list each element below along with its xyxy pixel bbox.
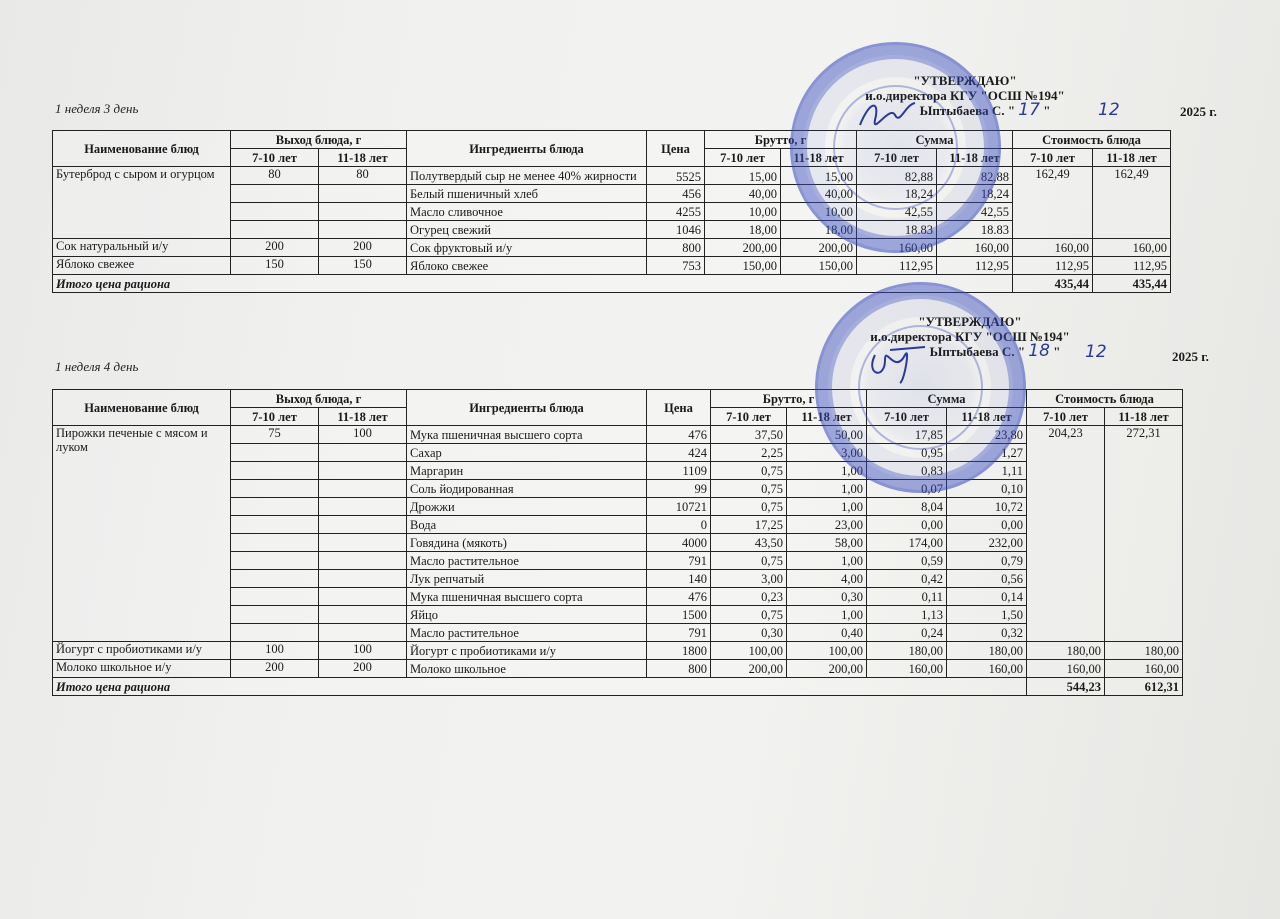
header-ingredients: Ингредиенты блюда [407,131,647,167]
header-dish-cost: Стоимость блюда [1013,131,1171,149]
ingredient-gross-b: 1,00 [787,498,867,516]
ingredient-gross-a: 17,25 [711,516,787,534]
ingredient-name: Полутвердый сыр не менее 40% жирности [407,167,647,185]
yield-7-10-empty [231,498,319,516]
approval-position: и.о.директора КГУ "ОСШ №194" [850,329,1090,344]
day-label: 1 неделя 3 день [55,101,138,117]
header-sum: Сумма [857,131,1013,149]
ingredient-sum-a: 174,00 [867,534,947,552]
yield-11-18-empty [319,444,407,462]
yield-7-10: 80 [231,167,319,185]
ingredient-sum-b: 18.83 [937,221,1013,239]
ingredient-name: Масло сливочное [407,203,647,221]
yield-7-10-empty [231,534,319,552]
header-yield: Выход блюда, г [231,390,407,408]
ingredient-sum-a: 82,88 [857,167,937,185]
menu-table: Наименование блюд Выход блюда, г Ингреди… [52,389,1183,696]
yield-7-10-empty [231,624,319,642]
ingredient-gross-a: 0,75 [711,552,787,570]
ingredient-sum-b: 0,14 [947,588,1027,606]
header-age-b: 11-18 лет [1105,408,1183,426]
ingredient-price: 140 [647,570,711,588]
ingredient-price: 476 [647,588,711,606]
dish-cost-11-18: 160,00 [1105,660,1183,678]
header-age-a: 7-10 лет [1013,149,1093,167]
header-age-a: 7-10 лет [231,408,319,426]
ingredient-sum-b: 0,56 [947,570,1027,588]
yield-7-10-empty [231,606,319,624]
ingredient-gross-a: 15,00 [705,167,781,185]
ingredient-price: 1800 [647,642,711,660]
approval-block: "УТВЕРЖДАЮ" и.о.директора КГУ "ОСШ №194"… [850,314,1090,359]
ingredient-price: 1109 [647,462,711,480]
yield-11-18-empty [319,498,407,516]
header-age-a: 7-10 лет [705,149,781,167]
ingredient-sum-a: 160,00 [857,239,937,257]
yield-11-18-empty [319,624,407,642]
total-row: Итого цена рациона544,23612,31 [53,678,1183,696]
approval-name: Ыптыбаева С. [920,103,1005,118]
yield-11-18: 150 [319,257,407,275]
ingredient-gross-b: 200,00 [787,660,867,678]
header-age-a: 7-10 лет [231,149,319,167]
ingredient-sum-a: 1,13 [867,606,947,624]
yield-7-10: 200 [231,239,319,257]
ingredient-price: 791 [647,624,711,642]
ingredient-gross-b: 1,00 [787,480,867,498]
ingredient-gross-b: 3,00 [787,444,867,462]
dish-cost-7-10: 160,00 [1027,660,1105,678]
yield-11-18-empty [319,480,407,498]
ingredient-name: Маргарин [407,462,647,480]
ingredient-sum-b: 18,24 [937,185,1013,203]
header-age-a: 7-10 лет [1027,408,1105,426]
ingredient-gross-a: 37,50 [711,426,787,444]
header-sum: Сумма [867,390,1027,408]
total-row: Итого цена рациона435,44435,44 [53,275,1171,293]
ingredient-sum-b: 23,80 [947,426,1027,444]
yield-7-10-empty [231,480,319,498]
ingredient-price: 476 [647,426,711,444]
ingredient-sum-a: 0,07 [867,480,947,498]
ingredient-gross-b: 23,00 [787,516,867,534]
ingredient-sum-b: 0,79 [947,552,1027,570]
ingredient-price: 753 [647,257,705,275]
ingredient-gross-a: 0,75 [711,480,787,498]
ingredient-gross-a: 100,00 [711,642,787,660]
ingredient-sum-b: 42,55 [937,203,1013,221]
ingredient-name: Мука пшеничная высшего сорта [407,426,647,444]
header-age-b: 11-18 лет [947,408,1027,426]
ingredient-gross-a: 0,30 [711,624,787,642]
dish-cost-7-10: 162,49 [1013,167,1093,239]
dish-name: Сок натуральный и/у [53,239,231,257]
ingredient-sum-a: 0,24 [867,624,947,642]
ingredient-gross-a: 3,00 [711,570,787,588]
dish-cost-7-10: 180,00 [1027,642,1105,660]
ingredient-sum-b: 180,00 [947,642,1027,660]
approval-month: 12 [1098,100,1120,120]
ingredient-name: Масло растительное [407,552,647,570]
table-row: Пирожки печеные с мясом и луком75100Мука… [53,426,1183,444]
ingredient-sum-a: 8,04 [867,498,947,516]
ingredient-gross-a: 0,23 [711,588,787,606]
ingredient-gross-b: 50,00 [787,426,867,444]
ingredient-gross-b: 18,00 [781,221,857,239]
total-label: Итого цена рациона [53,678,1027,696]
ingredient-price: 1500 [647,606,711,624]
header-dish-cost: Стоимость блюда [1027,390,1183,408]
ingredient-sum-b: 1,50 [947,606,1027,624]
ingredient-gross-a: 18,00 [705,221,781,239]
yield-7-10: 75 [231,426,319,444]
ingredient-name: Яблоко свежее [407,257,647,275]
total-7-10: 435,44 [1013,275,1093,293]
approval-position: и.о.директора КГУ "ОСШ №194" [850,88,1080,103]
header-ingredients: Ингредиенты блюда [407,390,647,426]
ingredient-name: Соль йодированная [407,480,647,498]
ingredient-sum-b: 0,00 [947,516,1027,534]
ingredient-price: 99 [647,480,711,498]
ingredient-gross-a: 0,75 [711,462,787,480]
ingredient-sum-a: 0,95 [867,444,947,462]
ingredient-price: 1046 [647,221,705,239]
table-row: Яблоко свежее150150Яблоко свежее753150,0… [53,257,1171,275]
ingredient-gross-b: 0,30 [787,588,867,606]
ingredient-sum-b: 160,00 [947,660,1027,678]
ingredient-gross-a: 200,00 [705,239,781,257]
ingredient-name: Говядина (мякоть) [407,534,647,552]
ingredient-sum-a: 0,11 [867,588,947,606]
dish-cost-11-18: 272,31 [1105,426,1183,642]
ingredient-name: Лук репчатый [407,570,647,588]
yield-11-18-empty [319,462,407,480]
ingredient-sum-b: 10,72 [947,498,1027,516]
yield-7-10: 200 [231,660,319,678]
menu-table: Наименование блюд Выход блюда, г Ингреди… [52,130,1171,293]
day-label: 1 неделя 4 день [55,359,138,375]
ingredient-name: Яйцо [407,606,647,624]
total-label: Итого цена рациона [53,275,1013,293]
dish-cost-11-18: 180,00 [1105,642,1183,660]
ingredient-name: Молоко школьное [407,660,647,678]
table-row: Йогурт с пробиотиками и/у100100Йогурт с … [53,642,1183,660]
ingredient-gross-a: 10,00 [705,203,781,221]
yield-11-18: 100 [319,426,407,444]
ingredient-price: 4000 [647,534,711,552]
yield-7-10-empty [231,570,319,588]
ingredient-sum-a: 160,00 [867,660,947,678]
dish-cost-11-18: 162,49 [1093,167,1171,239]
yield-7-10-empty [231,221,319,239]
ingredient-sum-a: 18,24 [857,185,937,203]
ingredient-sum-a: 42,55 [857,203,937,221]
header-age-a: 7-10 лет [711,408,787,426]
header-yield: Выход блюда, г [231,131,407,149]
ingredient-sum-a: 0,59 [867,552,947,570]
approval-signature-line: Ыптыбаева С. " 18 " [850,344,1090,359]
ingredient-price: 0 [647,516,711,534]
ingredient-name: Сахар [407,444,647,462]
header-price: Цена [647,131,705,167]
ingredient-gross-b: 100,00 [787,642,867,660]
approval-day: 17 [1018,100,1040,120]
ingredient-price: 800 [647,660,711,678]
yield-11-18: 80 [319,167,407,185]
ingredient-name: Вода [407,516,647,534]
ingredient-sum-a: 18.83 [857,221,937,239]
ingredient-sum-a: 112,95 [857,257,937,275]
header-dish-name: Наименование блюд [53,131,231,167]
header-age-b: 11-18 лет [319,408,407,426]
ingredient-gross-b: 200,00 [781,239,857,257]
yield-7-10-empty [231,444,319,462]
ingredient-sum-b: 1,27 [947,444,1027,462]
yield-7-10-empty [231,462,319,480]
header-gross: Брутто, г [711,390,867,408]
yield-11-18-empty [319,185,407,203]
yield-11-18-empty [319,516,407,534]
yield-7-10: 100 [231,642,319,660]
ingredient-sum-b: 232,00 [947,534,1027,552]
yield-11-18-empty [319,203,407,221]
ingredient-gross-a: 43,50 [711,534,787,552]
yield-11-18: 200 [319,660,407,678]
yield-11-18-empty [319,221,407,239]
approval-block: "УТВЕРЖДАЮ" и.о.директора КГУ "ОСШ №194"… [850,73,1080,118]
ingredient-name: Огурец свежий [407,221,647,239]
ingredient-gross-b: 1,00 [787,462,867,480]
ingredient-gross-a: 200,00 [711,660,787,678]
dish-name: Яблоко свежее [53,257,231,275]
approval-year: 2025 г. [1172,349,1209,365]
ingredient-name: Дрожжи [407,498,647,516]
header-age-b: 11-18 лет [787,408,867,426]
ingredient-gross-b: 0,40 [787,624,867,642]
table-row: Сок натуральный и/у200200Сок фруктовый и… [53,239,1171,257]
yield-11-18: 200 [319,239,407,257]
header-gross: Брутто, г [705,131,857,149]
ingredient-gross-b: 4,00 [787,570,867,588]
yield-11-18-empty [319,552,407,570]
approval-title: "УТВЕРЖДАЮ" [850,73,1080,88]
table-row: Молоко школьное и/у200200Молоко школьное… [53,660,1183,678]
total-11-18: 435,44 [1093,275,1171,293]
ingredient-price: 791 [647,552,711,570]
yield-7-10-empty [231,552,319,570]
ingredient-sum-b: 0,10 [947,480,1027,498]
ingredient-sum-a: 0,42 [867,570,947,588]
table-row: Бутерброд с сыром и огурцом8080Полутверд… [53,167,1171,185]
header-age-b: 11-18 лет [781,149,857,167]
yield-7-10-empty [231,516,319,534]
ingredient-gross-b: 1,00 [787,606,867,624]
dish-cost-7-10: 204,23 [1027,426,1105,642]
approval-name: Ыптыбаева С. [930,344,1015,359]
approval-signature-line: Ыптыбаева С. " 17 " [850,103,1080,118]
yield-11-18-empty [319,588,407,606]
ingredient-gross-b: 58,00 [787,534,867,552]
ingredient-gross-a: 0,75 [711,498,787,516]
header-age-a: 7-10 лет [857,149,937,167]
ingredient-gross-a: 150,00 [705,257,781,275]
ingredient-name: Мука пшеничная высшего сорта [407,588,647,606]
header-age-b: 11-18 лет [937,149,1013,167]
yield-11-18-empty [319,606,407,624]
ingredient-sum-b: 0,32 [947,624,1027,642]
approval-year: 2025 г. [1180,104,1217,120]
dish-name: Йогурт с пробиотиками и/у [53,642,231,660]
ingredient-sum-b: 112,95 [937,257,1013,275]
ingredient-name: Масло растительное [407,624,647,642]
yield-11-18-empty [319,570,407,588]
dish-cost-7-10: 160,00 [1013,239,1093,257]
yield-7-10-empty [231,588,319,606]
dish-cost-7-10: 112,95 [1013,257,1093,275]
total-11-18: 612,31 [1105,678,1183,696]
ingredient-price: 10721 [647,498,711,516]
ingredient-gross-b: 150,00 [781,257,857,275]
total-7-10: 544,23 [1027,678,1105,696]
yield-11-18: 100 [319,642,407,660]
dish-name: Бутерброд с сыром и огурцом [53,167,231,239]
dish-name: Молоко школьное и/у [53,660,231,678]
approval-day: 18 [1028,341,1050,361]
ingredient-gross-b: 15,00 [781,167,857,185]
ingredient-name: Белый пшеничный хлеб [407,185,647,203]
ingredient-sum-a: 0,00 [867,516,947,534]
ingredient-sum-b: 82,88 [937,167,1013,185]
ingredient-price: 800 [647,239,705,257]
ingredient-gross-b: 1,00 [787,552,867,570]
ingredient-price: 424 [647,444,711,462]
approval-title: "УТВЕРЖДАЮ" [850,314,1090,329]
dish-name: Пирожки печеные с мясом и луком [53,426,231,642]
ingredient-price: 456 [647,185,705,203]
header-age-a: 7-10 лет [867,408,947,426]
ingredient-name: Йогурт с пробиотиками и/у [407,642,647,660]
ingredient-price: 5525 [647,167,705,185]
ingredient-gross-a: 40,00 [705,185,781,203]
ingredient-name: Сок фруктовый и/у [407,239,647,257]
dish-cost-11-18: 160,00 [1093,239,1171,257]
yield-7-10: 150 [231,257,319,275]
ingredient-sum-a: 0,83 [867,462,947,480]
yield-7-10-empty [231,203,319,221]
ingredient-sum-a: 17,85 [867,426,947,444]
header-price: Цена [647,390,711,426]
yield-11-18-empty [319,534,407,552]
ingredient-sum-a: 180,00 [867,642,947,660]
approval-month: 12 [1085,342,1107,362]
ingredient-sum-b: 1,11 [947,462,1027,480]
header-age-b: 11-18 лет [319,149,407,167]
ingredient-gross-a: 2,25 [711,444,787,462]
ingredient-sum-b: 160,00 [937,239,1013,257]
header-age-b: 11-18 лет [1093,149,1171,167]
yield-7-10-empty [231,185,319,203]
ingredient-gross-b: 10,00 [781,203,857,221]
ingredient-price: 4255 [647,203,705,221]
ingredient-gross-a: 0,75 [711,606,787,624]
dish-cost-11-18: 112,95 [1093,257,1171,275]
ingredient-gross-b: 40,00 [781,185,857,203]
header-dish-name: Наименование блюд [53,390,231,426]
